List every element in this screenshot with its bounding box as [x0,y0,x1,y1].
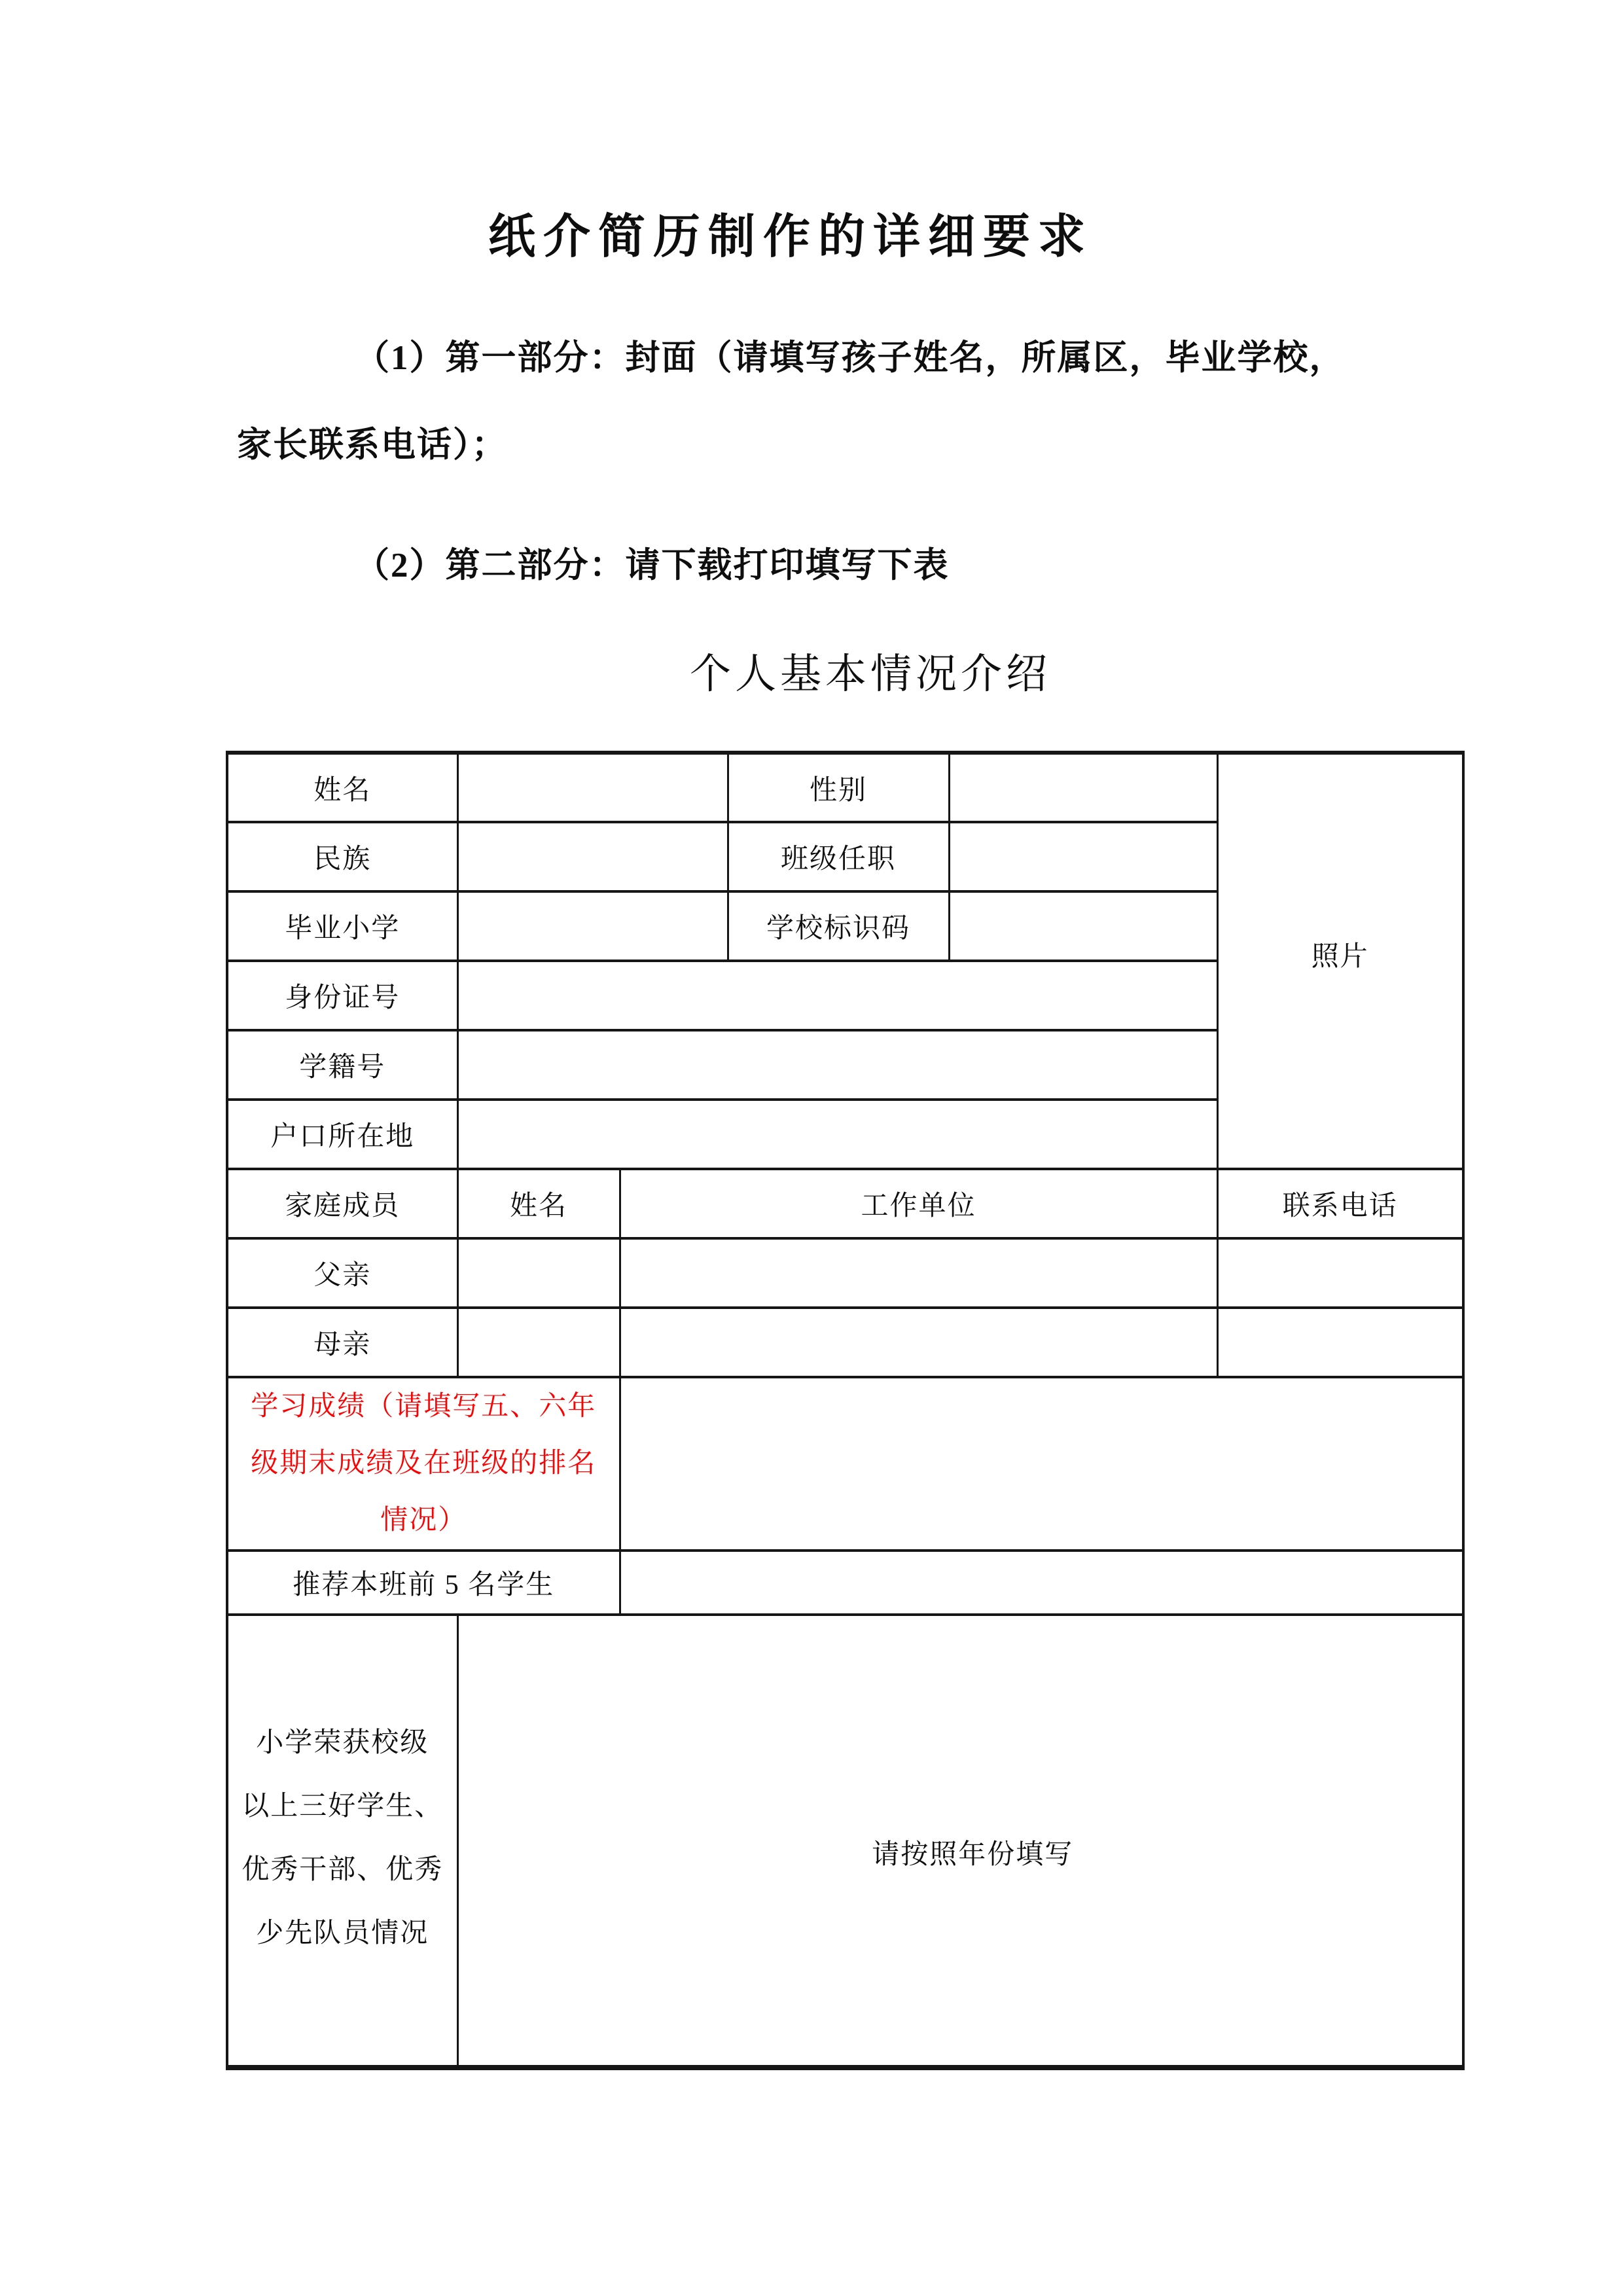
class-position-input-cell [949,822,1217,891]
household-registration-label: 户口所在地 [227,1100,457,1169]
scores-label-line3: 情况） [228,1492,619,1549]
paragraph-part2: （2）第二部分：请下载打印填写下表 [355,548,950,583]
mother-work-unit-input-cell [620,1308,1217,1377]
awards-input-cell: 请按照年份填写 [457,1615,1463,2068]
contact-phone-header: 联系电话 [1217,1169,1463,1238]
awards-label: 小学荣获校级 以上三好学生、 优秀干部、优秀 少先队员情况 [227,1615,457,2068]
paragraph-part1-line2: 家长联系电话）； [237,428,508,463]
recommend-row: 推荐本班前 5 名学生 [227,1551,1463,1615]
recommend-label: 推荐本班前 5 名学生 [227,1551,620,1615]
father-name-input-cell [457,1238,620,1308]
scores-label-line1: 学习成绩（请填写五、六年 [228,1378,619,1435]
id-number-label: 身份证号 [227,961,457,1030]
primary-school-label: 毕业小学 [227,891,457,961]
awards-hint: 请按照年份填写 [872,1840,1073,1870]
gender-label: 性别 [728,753,949,822]
scores-row: 学习成绩（请填写五、六年 级期末成绩及在班级的排名 情况） [227,1377,1463,1551]
name-label: 姓名 [227,753,457,822]
awards-label-line4: 少先队员情况 [228,1902,457,1965]
awards-label-line1: 小学荣获校级 [228,1712,457,1775]
father-phone-input-cell [1217,1238,1463,1308]
mother-label: 母亲 [227,1308,457,1377]
household-registration-input-cell [457,1100,1217,1169]
school-code-input-cell [949,891,1217,961]
family-name-header: 姓名 [457,1169,620,1238]
personal-info-form-table: 姓名 性别 照片 民族 班级任职 毕业小学 学校标识码 身份证号 学籍号 户口所… [226,751,1465,2070]
awards-row: 小学荣获校级 以上三好学生、 优秀干部、优秀 少先队员情况 请按照年份填写 [227,1615,1463,2068]
scores-label-line2: 级期末成绩及在班级的排名 [228,1435,619,1492]
mother-phone-input-cell [1217,1308,1463,1377]
mother-name-input-cell [457,1308,620,1377]
photo-box: 照片 [1217,753,1463,1169]
student-number-input-cell [457,1030,1217,1100]
recommend-input-cell [620,1551,1463,1615]
table-row: 姓名 性别 照片 [227,753,1463,822]
father-work-unit-input-cell [620,1238,1217,1308]
family-header-row: 家庭成员 姓名 工作单位 联系电话 [227,1169,1463,1238]
section-title: 个人基本情况介绍 [690,653,1051,694]
ethnicity-label: 民族 [227,822,457,891]
work-unit-header: 工作单位 [620,1169,1217,1238]
gender-input-cell [949,753,1217,822]
family-member-header: 家庭成员 [227,1169,457,1238]
paragraph-part1-line1: （1）第一部分：封面（请填写孩子姓名，所属区，毕业学校， [355,341,1346,376]
scores-input-cell [620,1377,1463,1551]
class-position-label: 班级任职 [728,822,949,891]
primary-school-input-cell [457,891,728,961]
table-row: 父亲 [227,1238,1463,1308]
name-input-cell [457,753,728,822]
student-number-label: 学籍号 [227,1030,457,1100]
awards-label-line3: 优秀干部、优秀 [228,1839,457,1902]
photo-label: 照片 [1311,942,1369,972]
id-number-input-cell [457,961,1217,1030]
school-code-label: 学校标识码 [728,891,949,961]
awards-label-line2: 以上三好学生、 [228,1775,457,1839]
scores-label: 学习成绩（请填写五、六年 级期末成绩及在班级的排名 情况） [227,1377,620,1551]
father-label: 父亲 [227,1238,457,1308]
ethnicity-input-cell [457,822,728,891]
page-title: 纸介简历制作的详细要求 [488,213,1093,260]
table-row: 母亲 [227,1308,1463,1377]
